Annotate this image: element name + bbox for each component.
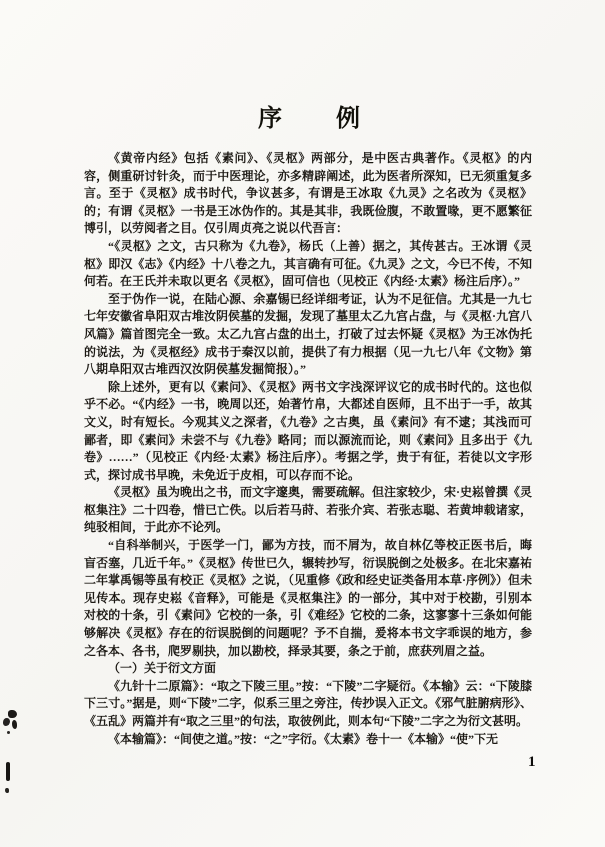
- paragraph-textual-dating: 除上述外，更有以《素问》、《灵枢》两书文字浅深评议它的成书时代的。这也似乎不必。…: [84, 379, 532, 485]
- paragraph-forgery-evidence: 至于伪作一说，在陆心源、余嘉锡已经详细考证，认为不足征信。尤其是一九七七年安徽省…: [84, 291, 532, 379]
- scanned-book-page: 序 例 《黄帝内经》包括《素问》、《灵枢》两部分，是中医古典著作。《灵枢》的内容…: [0, 0, 605, 847]
- body-text-block: 《黄帝内经》包括《素问》、《灵枢》两部分，是中医古典著作。《灵枢》的内容，侧重研…: [84, 150, 532, 748]
- paragraph-collation: “自科举制兴，于医学一门，鄙为方技，而不屑为，故自林亿等校正医书后，晦盲否塞，几…: [84, 537, 532, 660]
- page-title: 序 例: [84, 98, 536, 133]
- ink-smudge-icon: [4, 762, 14, 800]
- section-heading-yanwen: （一）关于衍文方面: [84, 660, 532, 678]
- paragraph-intro: 《黄帝内经》包括《素问》、《灵枢》两部分，是中医古典著作。《灵枢》的内容，侧重研…: [84, 150, 532, 238]
- paragraph-jiuzhen-example: 《九针十二原篇》：“取之下陵三里。”按：“下陵”二字疑衍。《本输》云：“下陵膝下…: [84, 678, 532, 731]
- paragraph-commentators: 《灵枢》虽为晚出之书，而文字邃奥，需要疏解。但注家较少，宋·史崧曾撰《灵枢集注》…: [84, 484, 532, 537]
- page-number: 1: [528, 754, 536, 771]
- ink-smudge-icon: [3, 710, 19, 734]
- paragraph-quote-zhou: “《灵枢》之文，古只称为《九卷》，杨氏（上善）据之，其传甚古。王冰谓《灵枢》即汉…: [84, 238, 532, 291]
- paragraph-benshu-example: 《本输篇》：“间使之道。”按：“之”字衍。《太素》卷十一《本输》“使”下无: [84, 731, 532, 749]
